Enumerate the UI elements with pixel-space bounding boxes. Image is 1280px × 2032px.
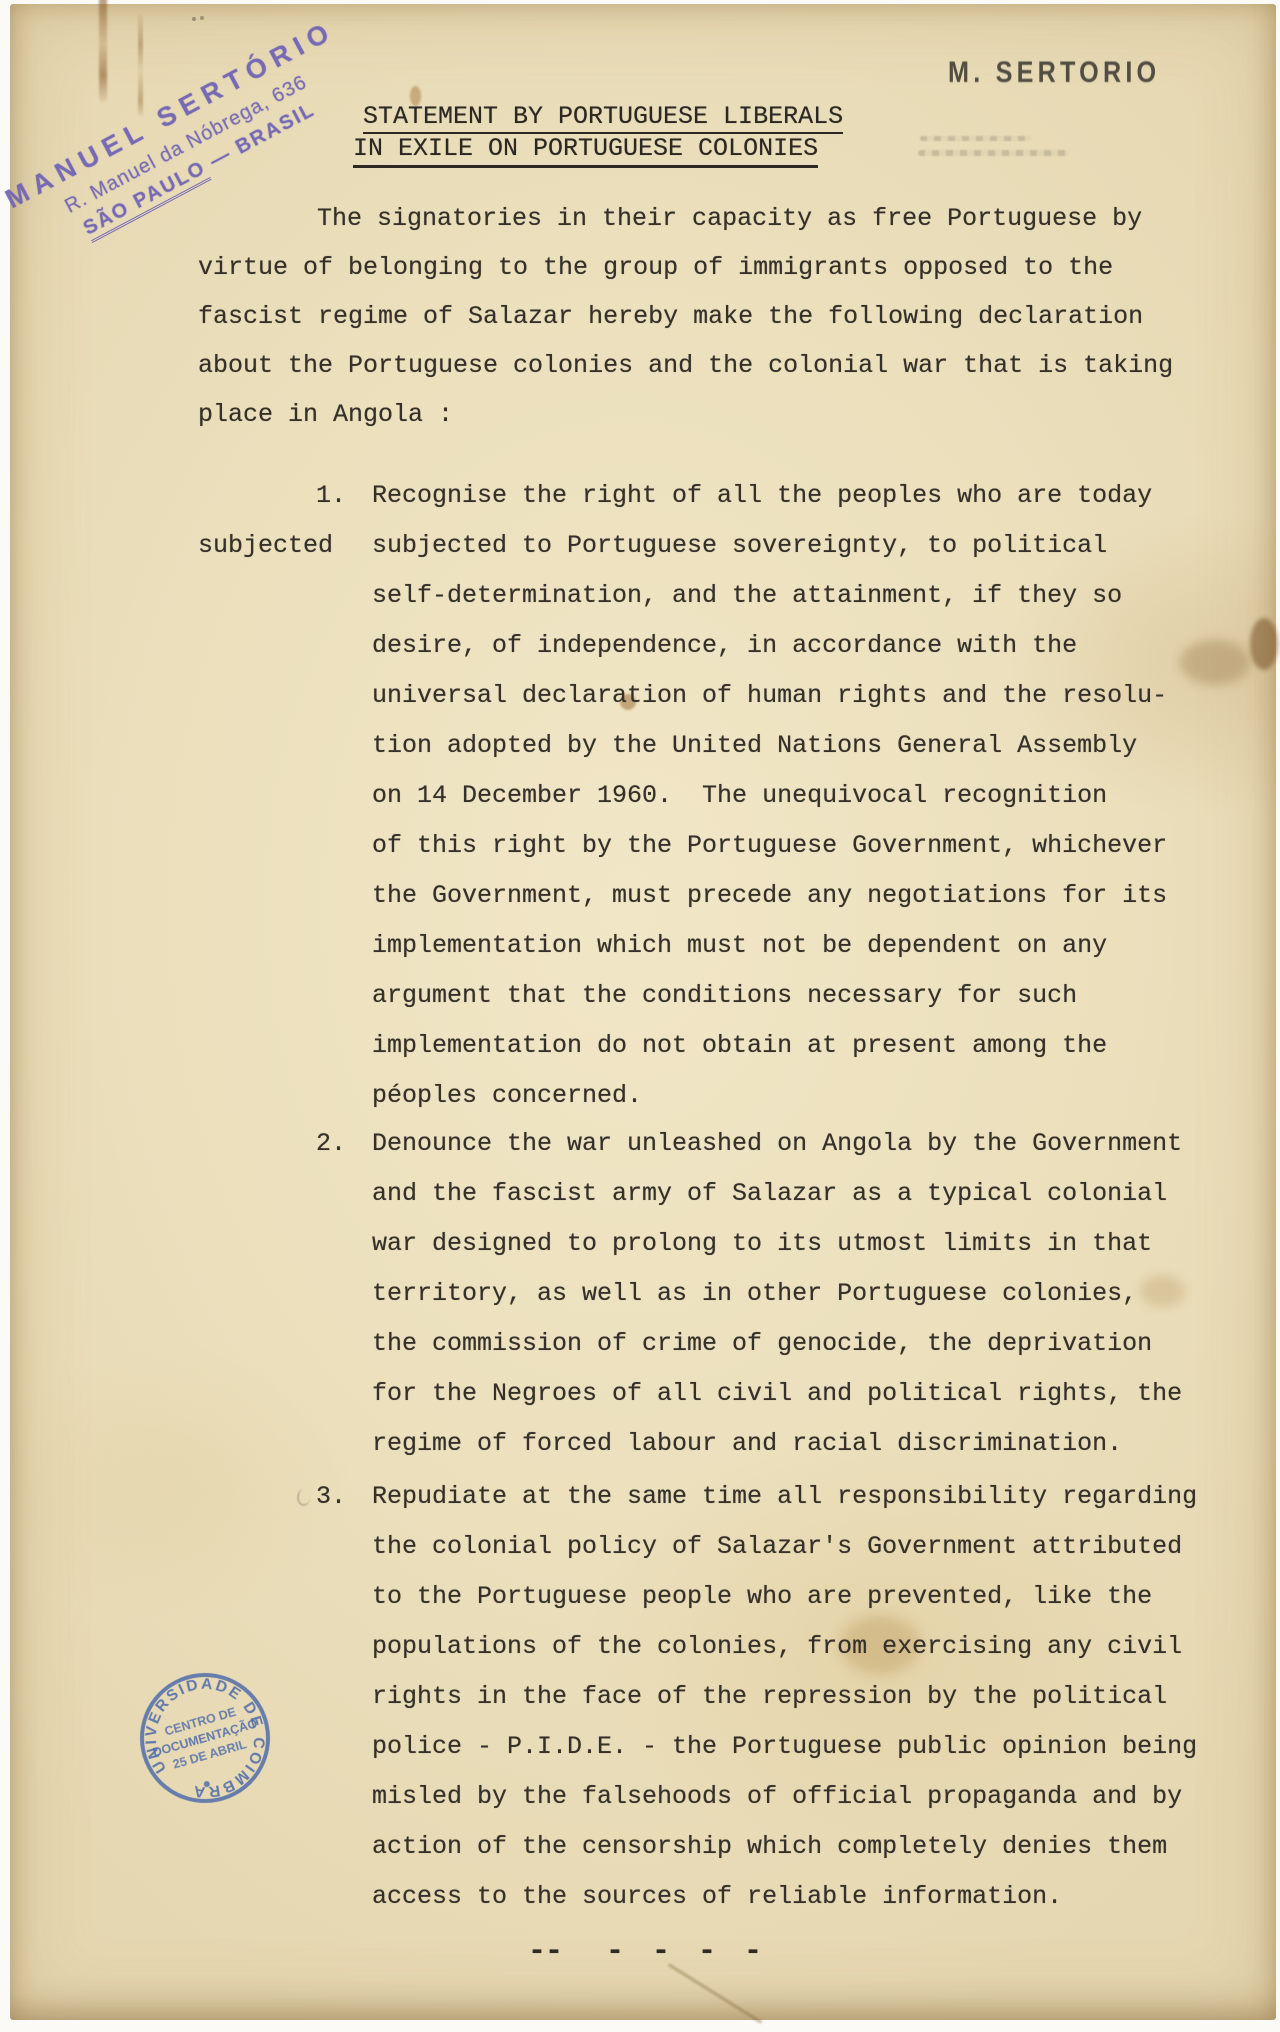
title-line-2: IN EXILE ON PORTUGUESE COLONIES <box>353 134 818 168</box>
text-line: the commission of crime of genocide, the… <box>372 1329 1152 1359</box>
item-number: 2. <box>316 1129 346 1159</box>
text-line: populations of the colonies, from exerci… <box>372 1632 1182 1662</box>
text-line: Repudiate at the same time all responsib… <box>372 1482 1197 1512</box>
divider-dash: - <box>545 1937 563 1967</box>
archive-stamp: UNIVERSIDADE DE COIMBRA CENTRO DE DOCUME… <box>123 1656 288 1821</box>
text-line: argument that the conditions necessary f… <box>372 981 1077 1011</box>
item-number: 1. <box>316 481 346 511</box>
text-line: the Government, must precede any negotia… <box>372 881 1167 911</box>
divider-dash: - <box>652 1937 670 1967</box>
text-line: action of the censorship which completel… <box>372 1832 1167 1862</box>
divider-dash: - <box>698 1937 716 1967</box>
text-line: war designed to prolong to its utmost li… <box>372 1229 1152 1259</box>
margin-note: subjected <box>198 531 333 561</box>
text-line: access to the sources of reliable inform… <box>372 1882 1062 1912</box>
text-line: the colonial policy of Salazar's Governm… <box>372 1532 1182 1562</box>
title-line-1: STATEMENT BY PORTUGUESE LIBERALS <box>363 102 843 134</box>
text-line: about the Portuguese colonies and the co… <box>198 351 1173 381</box>
text-line: The signatories in their capacity as fre… <box>317 204 1142 234</box>
document-title: STATEMENT BY PORTUGUESE LIBERALS <box>363 102 843 134</box>
stain <box>1140 1275 1185 1307</box>
text-line: for the Negroes of all civil and politic… <box>372 1379 1182 1409</box>
text-line: police - P.I.D.E. - the Portuguese publi… <box>372 1732 1197 1762</box>
divider-dash: - <box>744 1937 762 1967</box>
stain <box>99 0 107 102</box>
faint-handwriting <box>918 150 1068 156</box>
text-line: desire, of independence, in accordance w… <box>372 631 1077 661</box>
text-line: place in Angola : <box>198 400 453 430</box>
text-line: péoples concerned. <box>372 1081 642 1111</box>
text-line: territory, as well as in other Portugues… <box>372 1279 1137 1309</box>
ink-smudge <box>297 1489 310 1506</box>
text-line: Denounce the war unleashed on Angola by … <box>372 1129 1182 1159</box>
stain <box>138 14 143 116</box>
text-line: implementation which must not be depende… <box>372 931 1107 961</box>
text-line: rights in the face of the repression by … <box>372 1682 1167 1712</box>
text-line: universal declaration of human rights an… <box>372 681 1167 711</box>
stain <box>1180 640 1250 685</box>
stain <box>192 17 196 21</box>
text-line: to the Portuguese people who are prevent… <box>372 1582 1152 1612</box>
document-title: IN EXILE ON PORTUGUESE COLONIES <box>353 134 818 168</box>
text-line: and the fascist army of Salazar as a typ… <box>372 1179 1167 1209</box>
divider-dash: - <box>606 1937 624 1967</box>
text-line: self-determination, and the attainment, … <box>372 581 1122 611</box>
text-line: tion adopted by the United Nations Gener… <box>372 731 1137 761</box>
text-line: misled by the falsehoods of official pro… <box>372 1782 1182 1812</box>
text-line: on 14 December 1960. The unequivocal rec… <box>372 781 1107 811</box>
item-number: 3. <box>316 1482 346 1512</box>
divider-dash: - <box>528 1937 546 1967</box>
text-line: Recognise the right of all the peoples w… <box>372 481 1152 511</box>
text-line: subjected to Portuguese sovereignty, to … <box>372 531 1107 561</box>
scanned-document-page: MANUEL SERTÓRIO R. Manuel da Nóbrega, 63… <box>0 0 1280 2032</box>
text-line: virtue of belonging to the group of immi… <box>198 253 1113 283</box>
text-line: fascist regime of Salazar hereby make th… <box>198 302 1143 332</box>
faint-handwriting <box>920 136 1032 141</box>
text-line: implementation do not obtain at present … <box>372 1031 1107 1061</box>
stain <box>200 16 204 20</box>
text-line: of this right by the Portuguese Governme… <box>372 831 1167 861</box>
text-line: regime of forced labour and racial discr… <box>372 1429 1122 1459</box>
name-stamp: M. SERTORIO <box>948 56 1160 90</box>
stain <box>1250 618 1278 670</box>
